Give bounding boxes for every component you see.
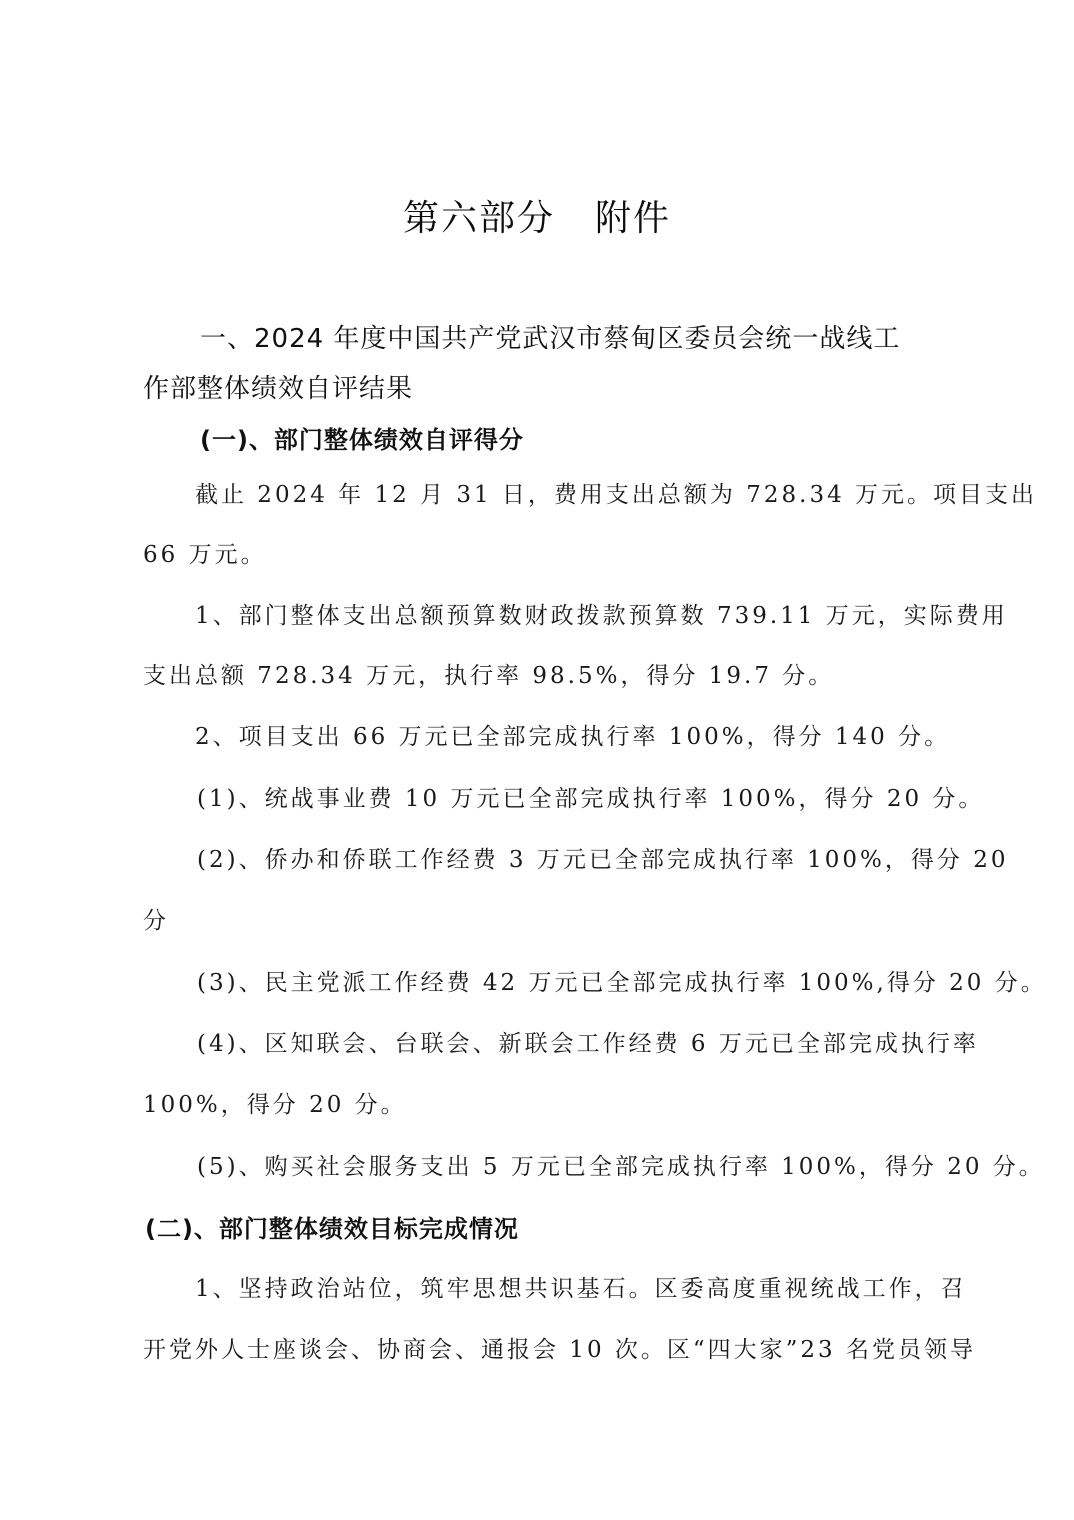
document-page: 第六部分附件 一、2024 年度中国共产党武汉市蔡甸区委员会统一战线工 作部整体… [0, 0, 1074, 1520]
title-attachment: 附件 [595, 198, 671, 239]
sub-item-4-line1: (4)、区知联会、台联会、新联会工作经费 6 万元已全部完成执行率 [197, 1029, 979, 1059]
title-part: 第六部分 [403, 198, 555, 239]
intro-paragraph-line2: 66 万元。 [143, 540, 267, 570]
sub-item-5: (5)、购买社会服务支出 5 万元已全部完成执行率 100%，得分 20 分。 [197, 1152, 1045, 1182]
page-title: 第六部分附件 [0, 196, 1074, 242]
sub-item-3: (3)、民主党派工作经费 42 万元已全部完成执行率 100%,得分 20 分。 [197, 968, 1047, 998]
paragraph-1-line2: 开党外人士座谈会、协商会、通报会 10 次。区“四大家”23 名党员领导 [143, 1335, 976, 1365]
subsection-heading-2: (二)、部门整体绩效目标完成情况 [145, 1213, 519, 1245]
section-heading-line2: 作部整体绩效自评结果 [143, 372, 413, 406]
intro-paragraph-line1: 截止 2024 年 12 月 31 日，费用支出总额为 728.34 万元。项目… [195, 480, 1037, 510]
item-1-line1: 1、部门整体支出总额预算数财政拨款预算数 739.11 万元，实际费用 [195, 601, 1008, 631]
section-heading-line1: 一、2024 年度中国共产党武汉市蔡甸区委员会统一战线工 [200, 322, 900, 356]
sub-item-1: (1)、统战事业费 10 万元已全部完成执行率 100%，得分 20 分。 [197, 784, 984, 814]
item-2: 2、项目支出 66 万元已全部完成执行率 100%，得分 140 分。 [195, 722, 950, 752]
subsection-heading-1: (一)、部门整体绩效自评得分 [200, 424, 524, 456]
sub-item-4-line2: 100%，得分 20 分。 [143, 1090, 407, 1120]
paragraph-1-line1: 1、坚持政治站位，筑牢思想共识基石。区委高度重视统战工作，召 [195, 1274, 967, 1304]
item-1-line2: 支出总额 728.34 万元，执行率 98.5%，得分 19.7 分。 [143, 661, 834, 691]
sub-item-2-line1: (2)、侨办和侨联工作经费 3 万元已全部完成执行率 100%，得分 20 [197, 845, 1008, 875]
sub-item-2-line2: 分 [143, 906, 169, 936]
